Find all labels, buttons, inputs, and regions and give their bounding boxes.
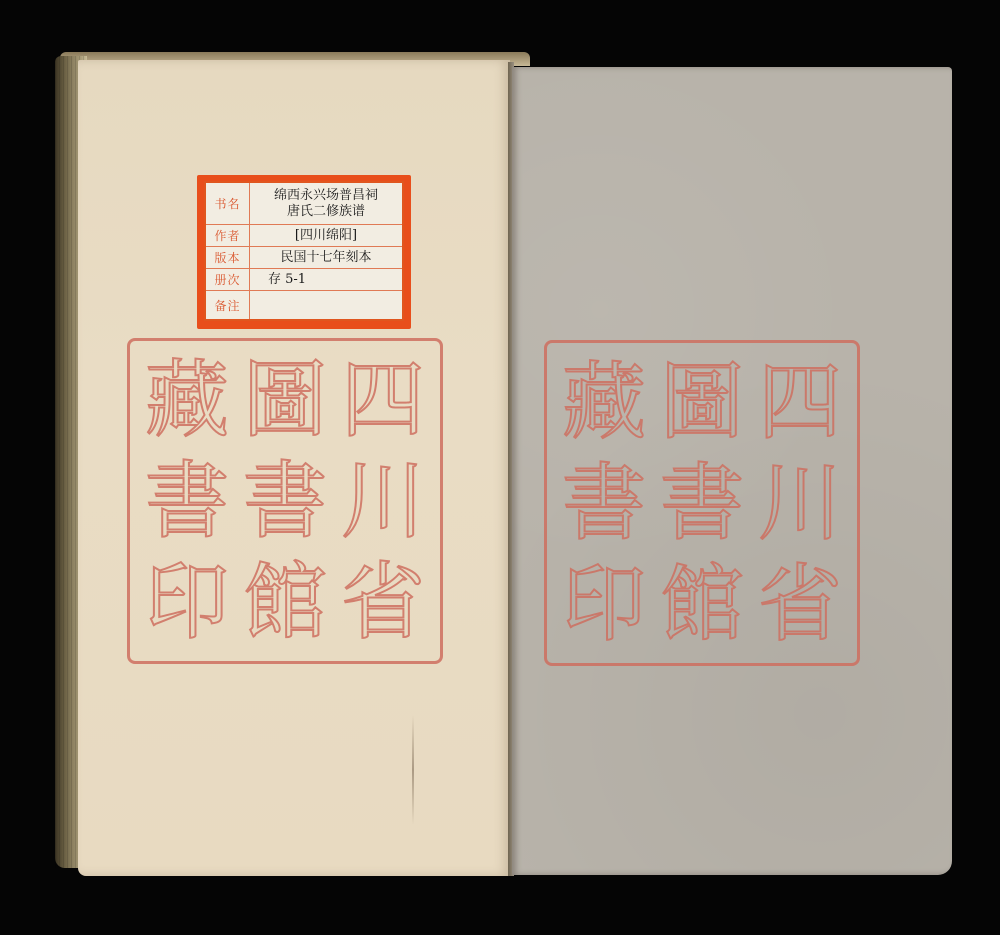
- paper-crease: [412, 715, 414, 825]
- seal-char: 印: [562, 556, 646, 652]
- label-value-notes: [250, 291, 402, 319]
- label-value-title: 绵西永兴场普昌祠 唐氏二修族谱: [250, 183, 402, 225]
- seal-char: 書: [145, 453, 229, 549]
- seal-char: 川: [341, 453, 425, 549]
- seal-char: 書: [660, 455, 744, 551]
- seal-column: 圖 書 館: [236, 349, 334, 653]
- library-seal-right: 藏 書 印 圖 書 館 四 川 省: [544, 340, 860, 666]
- seal-column: 四 川 省: [334, 349, 432, 653]
- seal-char: 圖: [660, 354, 744, 450]
- label-key-notes: 备注: [206, 291, 250, 319]
- seal-char: 藏: [145, 352, 229, 448]
- book-spread: 书名 绵西永兴场普昌祠 唐氏二修族谱 作者 [四川绵阳] 版本 民国十七年刻本 …: [0, 0, 1000, 935]
- catalogue-label-grid: 书名 绵西永兴场普昌祠 唐氏二修族谱 作者 [四川绵阳] 版本 民国十七年刻本 …: [204, 181, 404, 321]
- seal-char: 省: [758, 556, 842, 652]
- library-seal-left: 藏 書 印 圖 書 館 四 川 省: [127, 338, 443, 664]
- seal-column: 藏 書 印: [138, 349, 236, 653]
- seal-char: 川: [758, 455, 842, 551]
- seal-char: 四: [341, 352, 425, 448]
- seal-char: 館: [660, 556, 744, 652]
- label-value-volume: 存 5-1: [250, 269, 402, 291]
- seal-column: 藏 書 印: [555, 351, 653, 655]
- label-key-volume: 册次: [206, 269, 250, 291]
- seal-char: 書: [243, 453, 327, 549]
- seal-char: 館: [243, 554, 327, 650]
- catalogue-label: 书名 绵西永兴场普昌祠 唐氏二修族谱 作者 [四川绵阳] 版本 民国十七年刻本 …: [197, 175, 411, 329]
- seal-char: 省: [341, 554, 425, 650]
- label-key-author: 作者: [206, 225, 250, 247]
- seal-column: 四 川 省: [751, 351, 849, 655]
- label-title-line-2: 唐氏二修族谱: [287, 204, 365, 220]
- label-value-author: [四川绵阳]: [250, 225, 402, 247]
- seal-char: 藏: [562, 354, 646, 450]
- label-title-line-1: 绵西永兴场普昌祠: [274, 188, 378, 204]
- label-key-edition: 版本: [206, 247, 250, 269]
- seal-column: 圖 書 館: [653, 351, 751, 655]
- label-key-title: 书名: [206, 183, 250, 225]
- seal-char: 印: [145, 554, 229, 650]
- seal-char: 圖: [243, 352, 327, 448]
- seal-char: 四: [758, 354, 842, 450]
- label-value-edition: 民国十七年刻本: [250, 247, 402, 269]
- seal-char: 書: [562, 455, 646, 551]
